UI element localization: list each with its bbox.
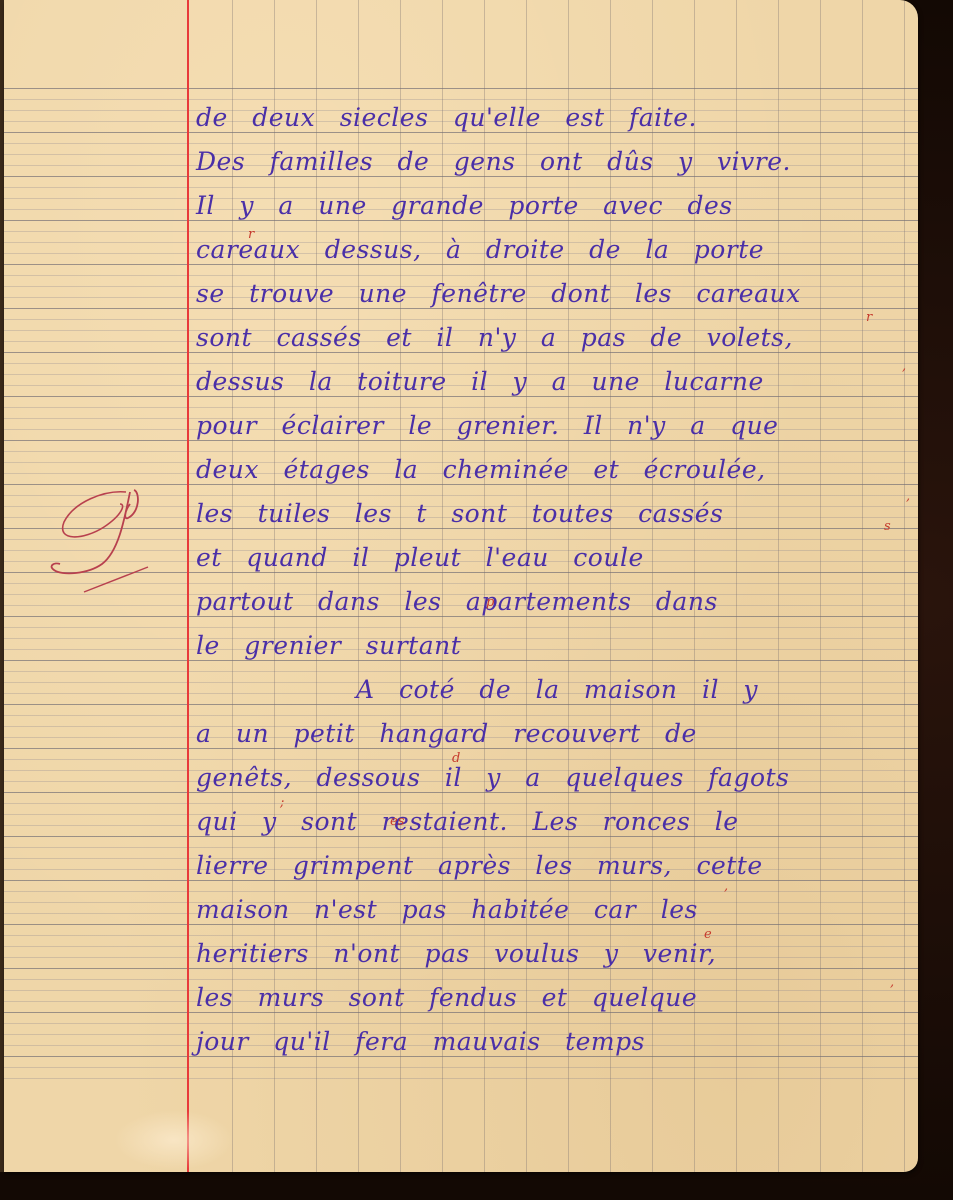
- text-line: les tuiles les t sont toutes cassés: [196, 492, 916, 536]
- notebook-page: de deux siecles qu'elle est faite. Des f…: [4, 0, 918, 1172]
- teacher-correction: ,: [906, 490, 910, 504]
- margin-p-mark-icon: [44, 482, 154, 602]
- teacher-correction: d: [452, 752, 460, 766]
- text-line: pour éclairer le grenier. Il n'y a que: [196, 404, 916, 448]
- teacher-correction: r: [866, 311, 872, 325]
- text-line: qui y sont restaient. Les ronces le: [196, 800, 916, 844]
- text-line: dessus la toiture il y a une lucarne: [196, 360, 916, 404]
- text-line: Il y a une grande porte avec des: [196, 184, 916, 228]
- teacher-correction: es: [390, 815, 404, 829]
- text-line: deux étages la cheminée et écroulée,: [196, 448, 916, 492]
- paper-crease: [114, 1110, 234, 1170]
- teacher-correction: s: [884, 520, 891, 534]
- handwritten-text: de deux siecles qu'elle est faite. Des f…: [196, 96, 916, 1064]
- red-margin-line: [187, 0, 189, 1172]
- text-line: se trouve une fenêtre dont les careaux: [196, 272, 916, 316]
- text-line: et quand il pleut l'eau coule: [196, 536, 916, 580]
- text-line: Des familles de gens ont dûs y vivre.: [196, 140, 916, 184]
- text-line: genêts, dessous il y a quelques fagots: [196, 756, 916, 800]
- teacher-correction: ,: [724, 880, 728, 894]
- text-line: partout dans les apartements dans: [196, 580, 916, 624]
- text-line-indented: A coté de la maison il y: [196, 668, 916, 712]
- text-line: le grenier surtant: [196, 624, 916, 668]
- text-line: sont cassés et il n'y a pas de volets,: [196, 316, 916, 360]
- text-line: lierre grimpent après les murs, cette: [196, 844, 916, 888]
- teacher-correction: ,: [902, 360, 906, 374]
- teacher-correction: e: [704, 928, 712, 942]
- text-line: heritiers n'ont pas voulus y venir,: [196, 932, 916, 976]
- text-line: a un petit hangard recouvert de: [196, 712, 916, 756]
- teacher-correction: p: [486, 596, 494, 610]
- text-line: les murs sont fendus et quelque: [196, 976, 916, 1020]
- teacher-correction: ,: [890, 976, 894, 990]
- text-line: maison n'est pas habitée car les: [196, 888, 916, 932]
- text-line: jour qu'il fera mauvais temps: [196, 1020, 916, 1064]
- teacher-correction: r: [248, 228, 254, 242]
- teacher-correction: ;: [280, 796, 284, 810]
- text-line: careaux dessus, à droite de la porte: [196, 228, 916, 272]
- text-line: de deux siecles qu'elle est faite.: [196, 96, 916, 140]
